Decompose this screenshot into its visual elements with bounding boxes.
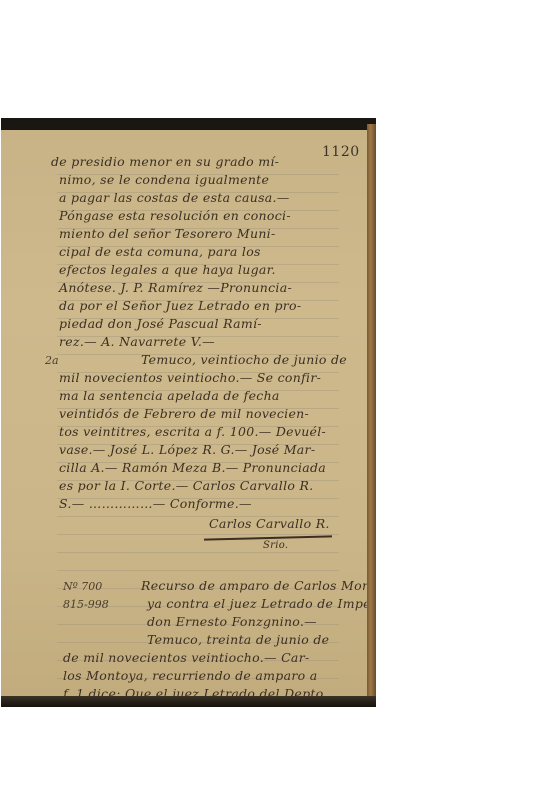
text-line: nimo, se le condena igualmente [59, 172, 269, 187]
text-line: miento del señor Tesorero Muni- [59, 226, 276, 241]
text-line: ma la sentencia apelada de fecha [59, 388, 280, 403]
text-line: los Montoya, recurriendo de amparo a [63, 668, 317, 683]
text-line: piedad don José Pascual Ramí- [59, 316, 262, 331]
ledger-page: 1120 de presidio menor en su grado mí- n… [1, 130, 367, 698]
text-line: Anótese. J. P. Ramírez —Pronuncia- [59, 280, 292, 295]
text-line: cipal de esta comuna, para los [59, 244, 261, 259]
text-line: veintidós de Febrero de mil novecien- [59, 406, 309, 421]
signature-title: Srio. [263, 540, 288, 551]
text-line: Temuco, treinta de junio de [147, 632, 329, 647]
text-line: da por el Señor Juez Letrado en pro- [59, 298, 301, 313]
margin-note: 2a [45, 354, 59, 367]
margin-note: 815-998 [63, 598, 109, 611]
text-line: tos veintitres, escrita a f. 100.— Devué… [59, 424, 326, 439]
margin-note: Nº 700 [63, 580, 102, 593]
text-line: rez.— A. Navarrete V.— [59, 334, 215, 349]
photo-bottom-shadow [1, 696, 376, 707]
text-line: cilla A.— Ramón Meza B.— Pronunciada [59, 460, 326, 475]
signature: Carlos Carvallo R. [209, 516, 330, 531]
text-line: Póngase esta resolución en conoci- [59, 208, 291, 223]
text-line: de mil novecientos veintiocho.— Car- [63, 650, 310, 665]
text-line: S.— ……………— Conforme.— [59, 496, 252, 511]
text-line: don Ernesto Fonzgnino.— [147, 614, 317, 629]
text-line: es por la I. Corte.— Carlos Carvallo R. [59, 478, 314, 493]
document-photo: 1120 de presidio menor en su grado mí- n… [1, 118, 376, 707]
text-line: Recurso de amparo de Carlos Monto- [141, 578, 376, 593]
text-line: ya contra el juez Letrado de Imperial [147, 596, 376, 611]
page-number: 1120 [322, 144, 360, 160]
text-line: Temuco, veintiocho de junio de [141, 352, 347, 367]
text-line: de presidio menor en su grado mí- [51, 154, 279, 169]
page-edge [367, 124, 376, 704]
text-line: vase.— José L. López R. G.— José Mar- [59, 442, 315, 457]
text-line: efectos legales a que haya lugar. [59, 262, 276, 277]
text-line: a pagar las costas de esta causa.— [59, 190, 290, 205]
text-line: mil novecientos veintiocho.— Se confir- [59, 370, 321, 385]
